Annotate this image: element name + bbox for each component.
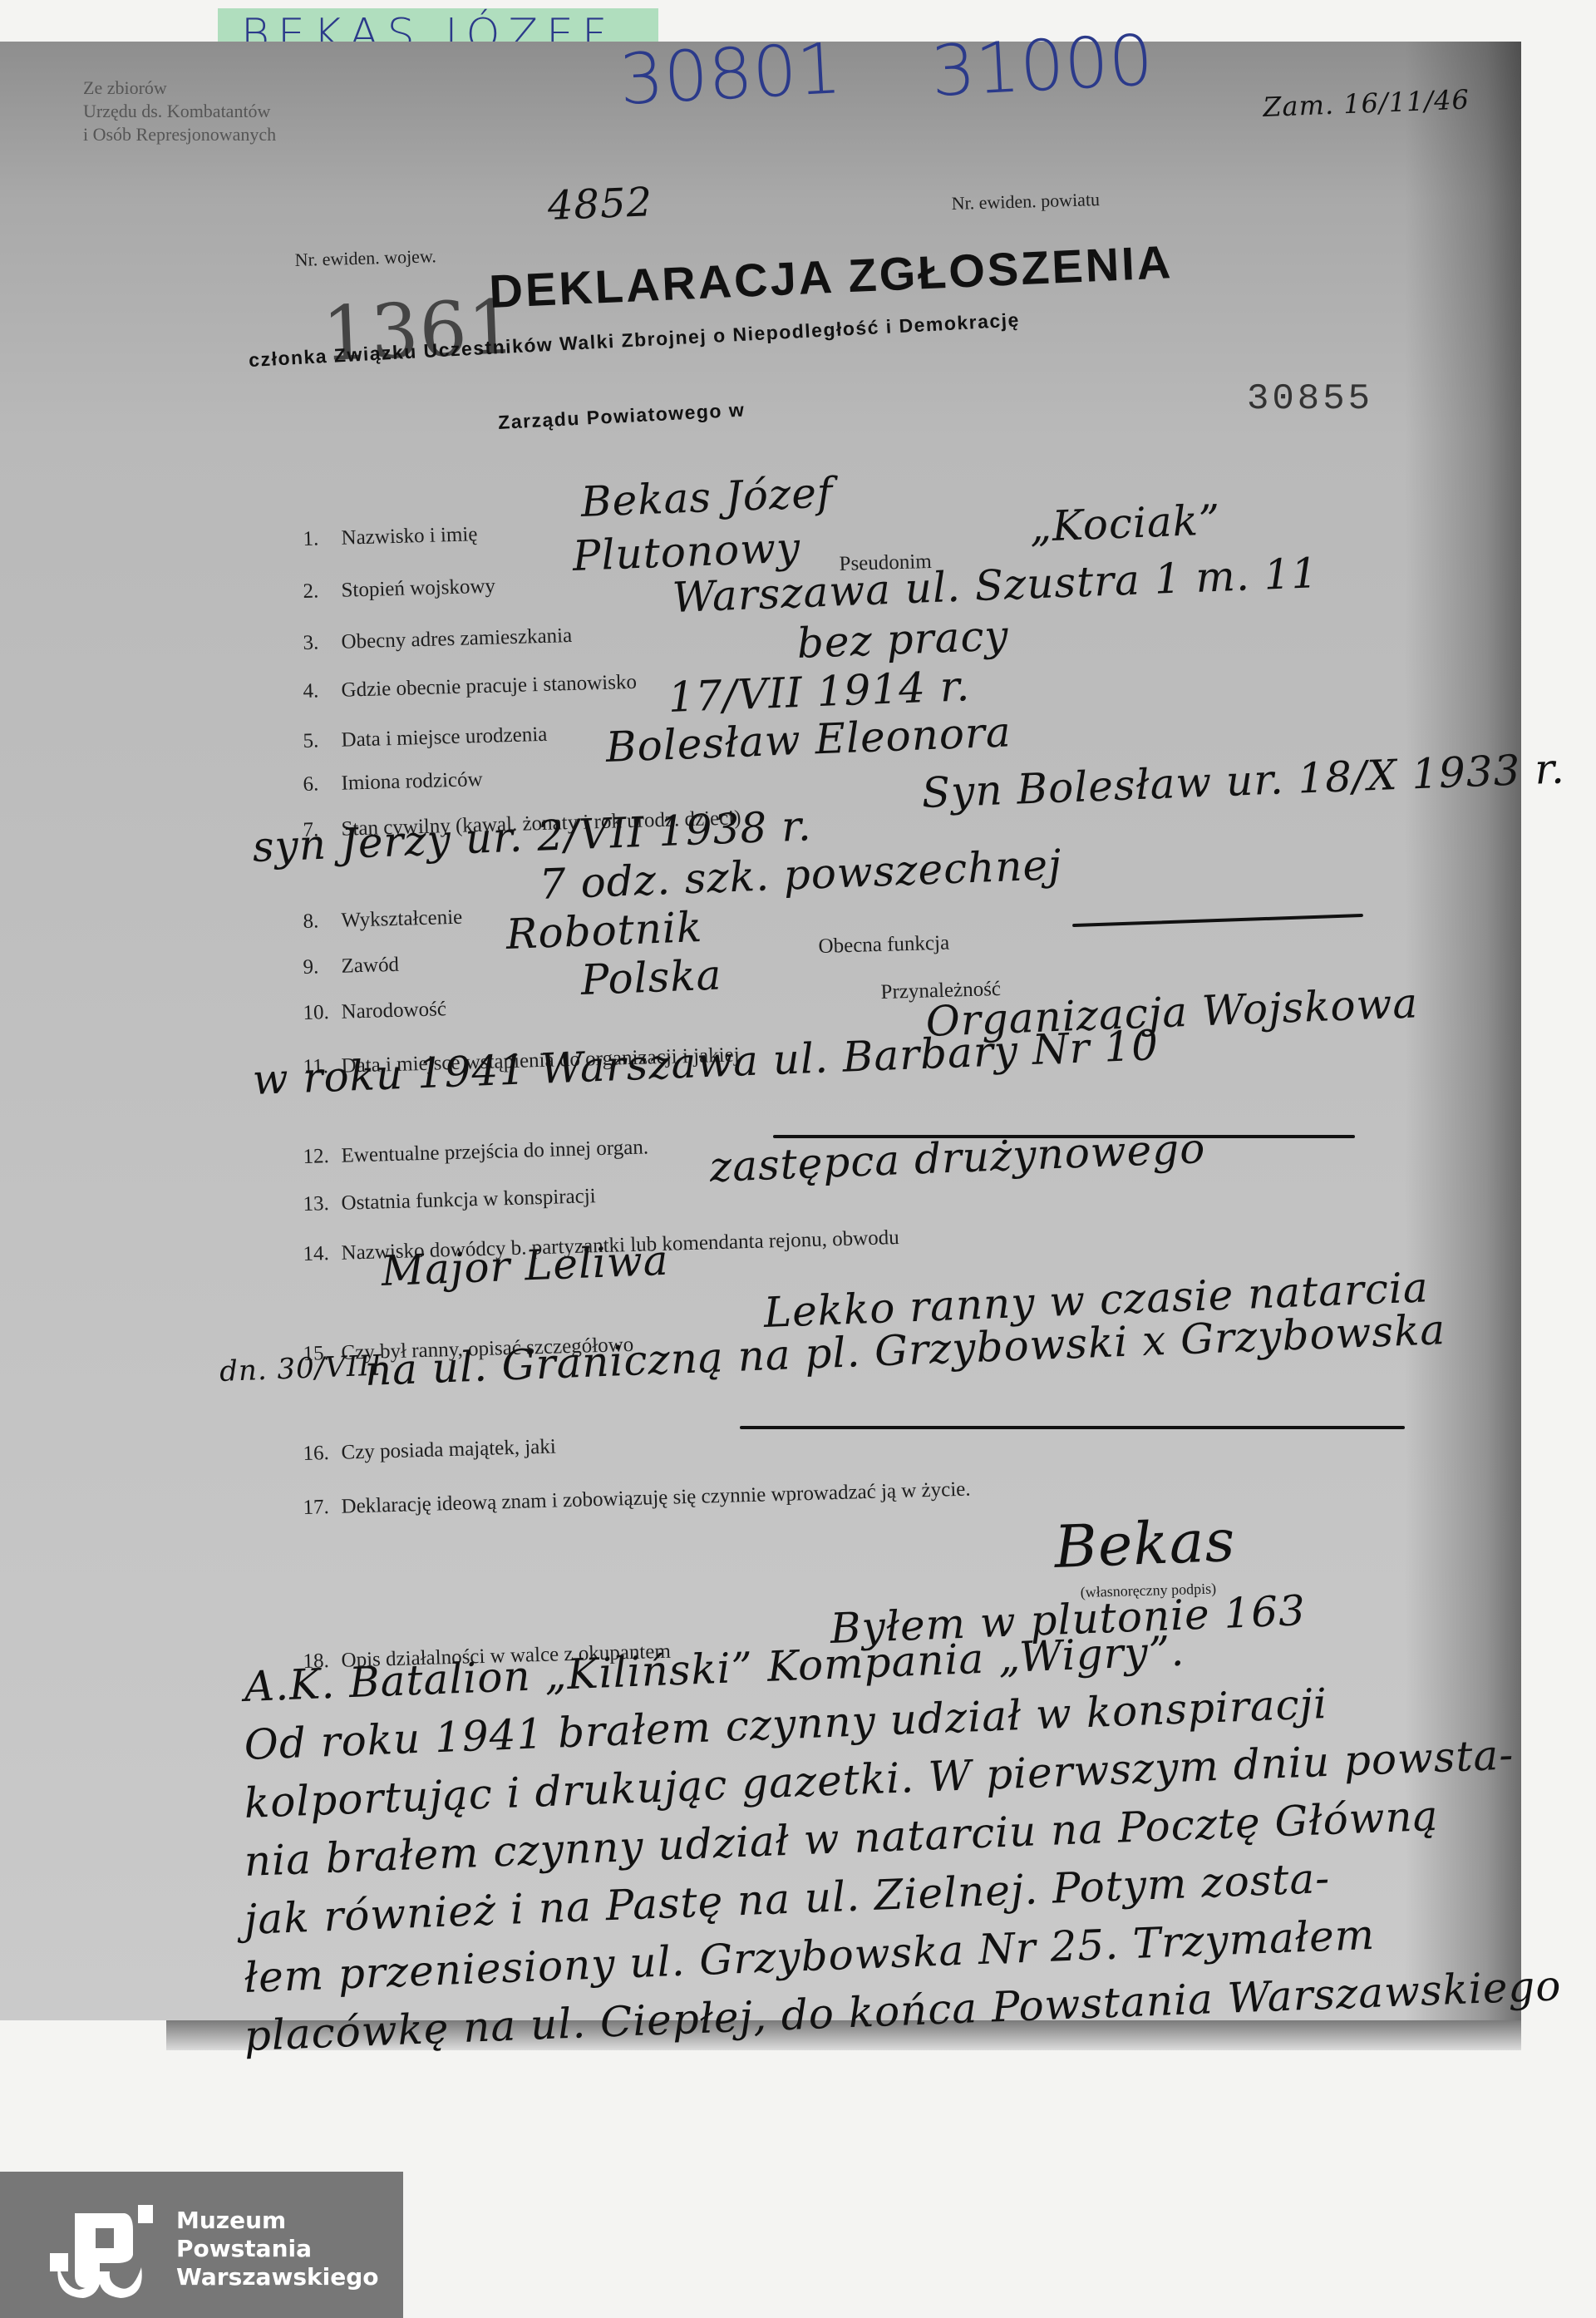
museum-watermark: Muzeum Powstania Warszawskiego [0, 2172, 403, 2318]
woj-label: Nr. ewiden. wojew. [294, 245, 436, 271]
dash-stroke [740, 1426, 1405, 1429]
stamp-number: 30855 [1247, 378, 1373, 420]
field-1-value: Bekas Józef [580, 468, 835, 526]
museum-name-line: Powstania [176, 2235, 378, 2263]
field-4-value: bez pracy [796, 611, 1010, 668]
pseudonim-value: „Kociak” [1029, 496, 1222, 551]
museum-name-line: Muzeum [176, 2207, 378, 2235]
field-9-label: 9.Zawód [303, 954, 399, 979]
collection-note: Ze zbiorów Urzędu ds. Kombatantów i Osób… [83, 76, 276, 146]
blue-number-1: 30801 [618, 27, 844, 121]
woj-number: 4852 [547, 179, 653, 229]
field-15-margin-note: dn. 30/VIII [219, 1349, 382, 1388]
field-10-label: 10.Narodowość [303, 998, 446, 1025]
blue-number-2: 31000 [929, 19, 1155, 112]
museum-name-line: Warszawskiego [176, 2263, 378, 2291]
obecna-funkcja-label: Obecna funkcja [818, 932, 949, 959]
collection-line: Urzędu ds. Kombatantów [83, 100, 276, 123]
collection-line: i Osób Represjonowanych [83, 123, 276, 146]
field-9-value: Robotnik [505, 903, 704, 959]
field-8-label: 8.Wykształcenie [303, 906, 462, 934]
powiat-label: Nr. ewiden. powiatu [951, 189, 1100, 215]
field-10-value: Polska [580, 951, 723, 1004]
museum-name: Muzeum Powstania Warszawskiego [176, 2207, 378, 2291]
page-shadow [1405, 42, 1521, 2020]
signature: Bekas [1053, 1507, 1237, 1581]
kotwica-anchor-icon [50, 2205, 158, 2305]
collection-line: Ze zbiorów [83, 76, 276, 100]
field-1-label: 1.Nazwisko i imię [303, 523, 478, 551]
